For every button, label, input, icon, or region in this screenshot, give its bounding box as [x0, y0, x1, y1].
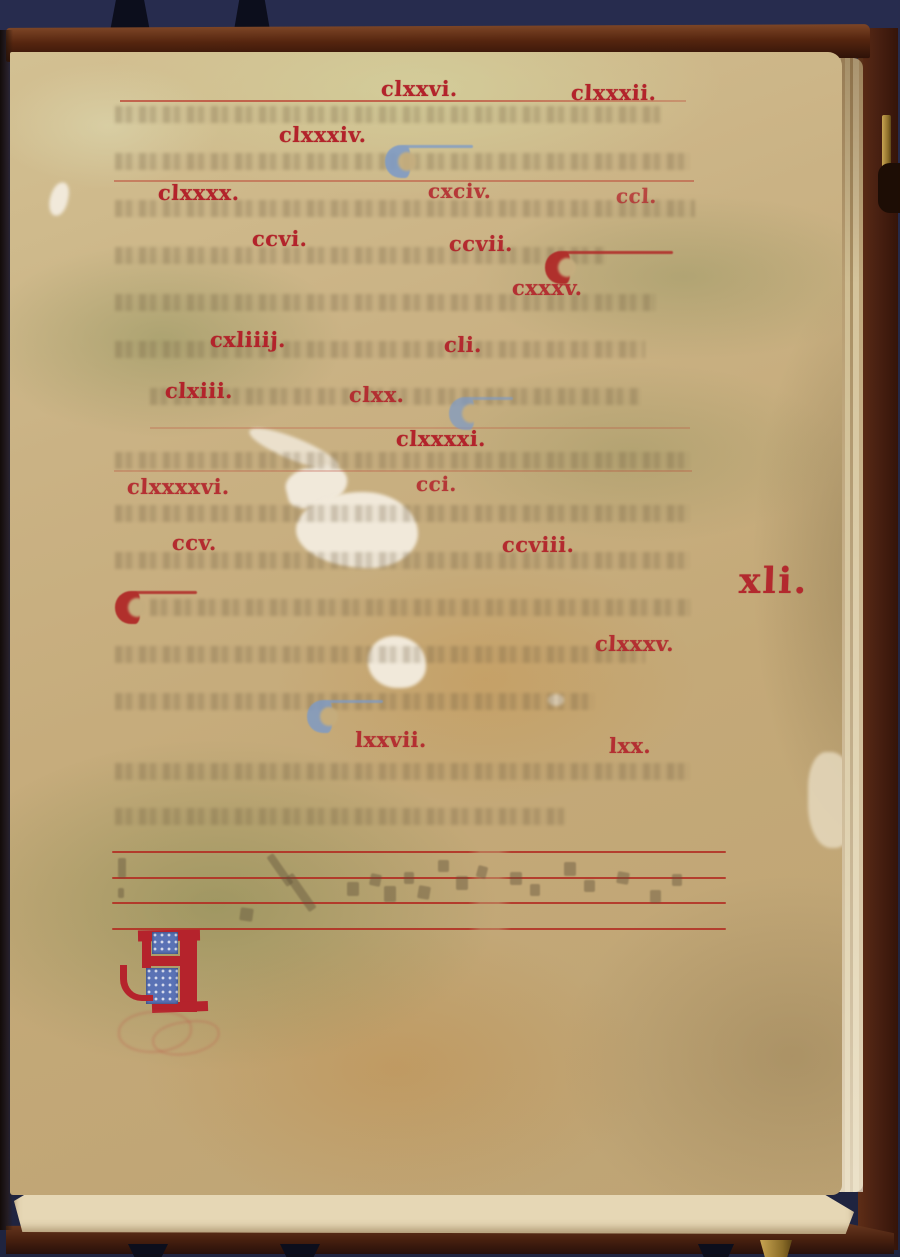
rubric-numeral: clxxxiv. [279, 124, 367, 145]
faded-text-line [115, 505, 690, 522]
rubric-numeral: clxxxxvi. [127, 476, 231, 497]
manuscript-photo: clxxvi.clxxxii.clxxxiv.clxxxx.cxciv.ccl.… [0, 0, 900, 1257]
initial-right-stem [180, 930, 197, 1012]
neume-mark [584, 880, 595, 892]
neume-mark [530, 884, 540, 896]
rubric-numeral: clxxxii. [571, 82, 657, 103]
clasp-knob-icon [878, 163, 900, 213]
neume-mark [369, 873, 382, 887]
neume-mark [564, 862, 576, 876]
clasp-foot-gold [760, 1240, 792, 1257]
staff-line [112, 902, 726, 904]
faded-text-line [115, 763, 690, 780]
rubric-numeral: clxxxxi. [396, 428, 487, 449]
rubric-numeral: ccl. [616, 186, 658, 206]
rubric-numeral: ccvii. [449, 233, 514, 254]
rubric-numeral: ccv. [172, 532, 218, 553]
rubric-numeral: xli. [738, 563, 809, 599]
neume-mark [650, 890, 661, 903]
pilcrow-mark-icon [115, 591, 140, 624]
binding-foot-bottom-2 [280, 1244, 320, 1257]
ruling-line [114, 470, 692, 472]
rubric-numeral: clxxxv. [595, 633, 675, 654]
rubric-numeral: cli. [444, 334, 483, 355]
rubric-numeral: clxxvi. [381, 78, 459, 99]
pilcrow-mark-icon [385, 145, 410, 178]
rubric-numeral: ccvi. [252, 228, 308, 249]
rubric-numeral: cxciv. [428, 181, 492, 201]
faded-text-line [150, 599, 690, 616]
neume-mark [438, 860, 449, 872]
faded-text-line [115, 646, 645, 663]
faded-text-line [115, 452, 690, 469]
neume-mark [239, 907, 254, 922]
neume-mark [417, 885, 431, 900]
rubric-numeral: ccviii. [502, 534, 575, 555]
faded-text-line [115, 247, 605, 264]
rubric-numeral: lxxvii. [355, 729, 428, 750]
initial-letter-label: A [112, 925, 113, 926]
rubric-numeral: lxx. [609, 735, 652, 756]
rubric-numeral: clxx. [349, 384, 405, 405]
neume-mark [384, 886, 396, 902]
faded-text-line [115, 106, 660, 123]
binding-foot-bottom-3 [698, 1244, 734, 1257]
staff-line [112, 877, 726, 879]
neume-mark [347, 882, 359, 896]
neume-mark [456, 876, 468, 890]
rubric-numeral: cxliiij. [210, 329, 287, 350]
rubric-numeral: clxiii. [165, 380, 234, 401]
neume-mark [510, 872, 522, 885]
faded-text-line [115, 341, 645, 358]
initial-blue-panel-top [152, 932, 178, 954]
pilcrow-mark-icon [307, 700, 332, 733]
neume-mark [404, 872, 414, 884]
neume-mark [616, 871, 630, 885]
pilcrow-mark-icon [449, 397, 474, 430]
neume-mark [672, 874, 682, 886]
illuminated-initial: A [112, 925, 232, 1060]
neume-mark [118, 858, 126, 878]
pilcrow-mark-icon [545, 251, 570, 284]
rubric-numeral: cci. [416, 474, 458, 494]
neume-mark [118, 888, 124, 898]
faded-text-line [115, 808, 565, 825]
rubric-numeral: clxxxx. [158, 182, 240, 203]
parchment-page: clxxvi.clxxxii.clxxxiv.clxxxx.cxciv.ccl.… [0, 0, 900, 1257]
initial-descender-curl [120, 965, 153, 1001]
staff-line [112, 851, 726, 853]
binding-foot-bottom-1 [128, 1244, 168, 1257]
